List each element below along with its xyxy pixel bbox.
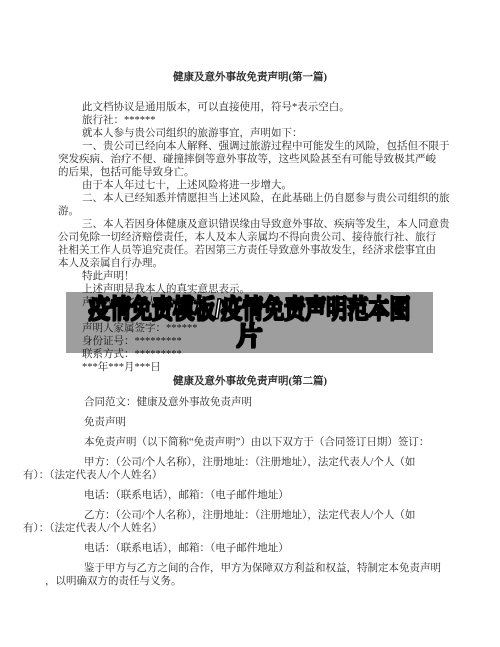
doc-line: 电话：（联系电话），邮箱：（电子邮件地址）	[84, 489, 460, 502]
watermark-title-line1: 疫情免责模板/疫情免责声明范本图	[89, 296, 411, 323]
doc-line: 二、本人已经知悉并情愿担当上述风险，在此基础上仍自愿参与贵公司组织的旅	[82, 192, 460, 205]
doc-line: 就本人参与贵公司组织的旅游事宜，声明如下：	[82, 127, 460, 140]
doc-line: 公司免除一切经济赔偿责任，本人及本人亲属均不得向贵公司、接待旅行社、旅行	[58, 231, 460, 244]
doc-line: 三、本人若因身体健康及意识错误缘由导致意外事故、疾病等发生，本人同意贵	[82, 218, 460, 231]
doc-line: 甲方：（公司/个人名称），注册地址：（注册地址），法定代表人/个人（如	[84, 456, 460, 469]
doc-line: 鉴于甲方与乙方之间的合作，甲方为保障双方利益和权益，特制定本免责声明	[84, 562, 460, 575]
doc-line: 合同范文：健康及意外事故免责声明	[84, 396, 460, 409]
doc2-title: 健康及意外事故免责声明(第二篇)	[0, 375, 500, 389]
doc-paragraph: 电话：（联系电话），邮箱：（电子邮件地址）	[0, 542, 500, 555]
doc-line: 一、贵公司已经向本人解释、强调过旅游过程中可能发生的风险，包括但不限于	[82, 140, 460, 153]
doc-line: ***年***月***日	[82, 361, 460, 374]
doc1-title: 健康及意外事故免责声明(第一篇)	[0, 71, 500, 85]
doc2-body: 合同范文：健康及意外事故免责声明免责声明本免责声明（以下简称“免责声明”）由以下…	[0, 396, 500, 588]
doc-line: 突发疾病、治疗不便、碰撞摔倒等意外事故等，这些风险甚至有可能导致极其严峻	[58, 153, 460, 166]
doc-line: 本免责声明（以下简称“免责声明”）由以下双方于（合同签订日期）签订：	[84, 436, 460, 449]
doc-line: 游。	[58, 205, 460, 218]
doc-line: 由于本人年过七十，上述风险将进一步增大。	[82, 179, 460, 192]
watermark-title-line2: 片	[236, 323, 262, 350]
doc-line: 本人及亲属自行办理。	[58, 257, 460, 270]
doc-line: 此文档协议是通用版本，可以直接使用，符号*表示空白。	[82, 101, 460, 114]
document-page: 健康及意外事故免责声明(第一篇) 此文档协议是通用版本，可以直接使用，符号*表示…	[0, 0, 500, 647]
doc-paragraph: 免责声明	[0, 416, 500, 429]
doc-line: 的后果，包括可能导致身亡。	[58, 166, 460, 179]
doc-line: 有）：（法定代表人/个人姓名）	[23, 522, 460, 535]
doc-line: 社相关工作人员等追究责任。若因第三方责任导致意外事故发生，经济求偿事宜由	[58, 244, 460, 257]
doc-paragraph: 合同范文：健康及意外事故免责声明	[0, 396, 500, 409]
doc-paragraph: 本免责声明（以下简称“免责声明”）由以下双方于（合同签订日期）签订：	[0, 436, 500, 449]
doc-line: 乙方：（公司/个人名称），注册地址：（注册地址），法定代表人/个人（如	[84, 509, 460, 522]
doc-line: 旅行社：******	[82, 114, 460, 127]
watermark-title-band: 疫情免责模板/疫情免责声明范本图 片	[66, 292, 433, 353]
doc-paragraph: 电话：（联系电话），邮箱：（电子邮件地址）	[0, 489, 500, 502]
doc-paragraph: 乙方：（公司/个人名称），注册地址：（注册地址），法定代表人/个人（如有）：（法…	[0, 509, 500, 535]
doc-line: 电话：（联系电话），邮箱：（电子邮件地址）	[84, 542, 460, 555]
doc-line: ，以明确双方的责任与义务。	[45, 575, 460, 588]
doc-line: 免责声明	[84, 416, 460, 429]
doc-line: 特此声明！	[82, 270, 460, 283]
doc-line: 有）：（法定代表人/个人姓名）	[23, 469, 460, 482]
doc-paragraph: 甲方：（公司/个人名称），注册地址：（注册地址），法定代表人/个人（如有）：（法…	[0, 456, 500, 482]
doc-paragraph: 鉴于甲方与乙方之间的合作，甲方为保障双方利益和权益，特制定本免责声明，以明确双方…	[0, 562, 500, 588]
